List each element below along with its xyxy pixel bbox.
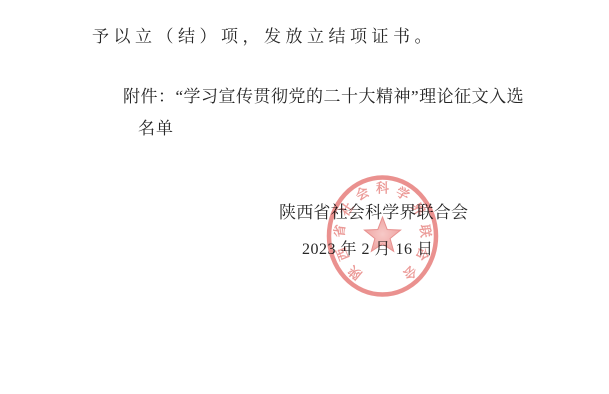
- seal-char: 省: [332, 224, 348, 239]
- official-seal-graphic: 陕 西 省 社 会 科 学 界 联 合 会: [322, 171, 443, 301]
- seal-ring: [329, 178, 436, 295]
- issue-date: 2023 年 2 月 16 日: [302, 241, 434, 258]
- seal-char: 陕: [345, 263, 365, 283]
- document-page: { "page": { "background": "#ffffff", "te…: [0, 0, 609, 394]
- attachment-line-2: 名单: [138, 120, 174, 137]
- seal-arc-text: 陕 西 省 社 会 科 学 界 联 合 会: [332, 181, 434, 283]
- official-seal: 陕 西 省 社 会 科 学 界 联 合 会: [322, 171, 443, 301]
- seal-char: 科: [375, 181, 390, 196]
- seal-char: 联: [417, 224, 433, 239]
- attachment-line-1: 附件：“学习宣传贯彻党的二十大精神”理论征文入选: [123, 88, 524, 105]
- seal-char: 学: [393, 184, 412, 203]
- seal-char: 会: [400, 263, 420, 283]
- signer-name: 陕西省社会科学界联合会: [279, 204, 468, 221]
- paragraph-text: 予以立（结）项，发放立结项证书。: [92, 28, 436, 45]
- seal-char: 会: [353, 184, 372, 203]
